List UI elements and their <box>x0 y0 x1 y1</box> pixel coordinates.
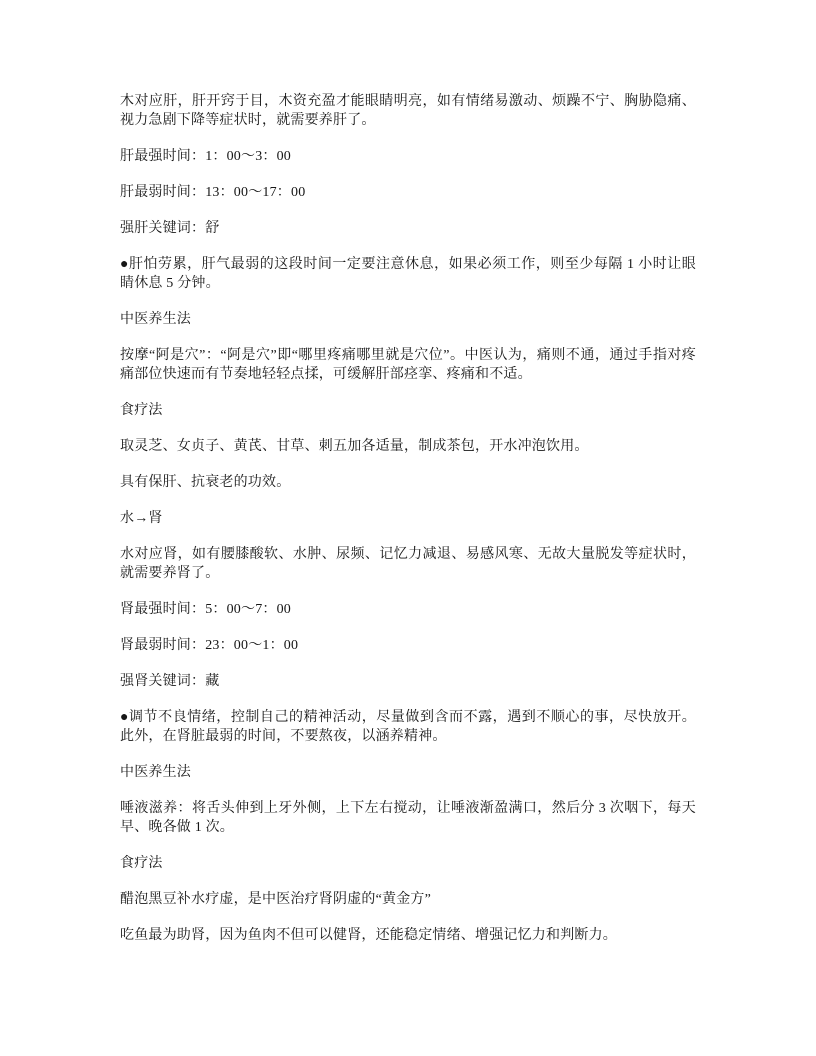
paragraph-18: 唾液滋养：将舌头伸到上牙外侧，上下左右搅动，让唾液渐盈满口，然后分 3 次咽下，… <box>120 799 696 837</box>
paragraph-16: ●调节不良情绪，控制自己的精神活动，尽量做到含而不露，遇到不顺心的事，尽快放开。… <box>120 708 696 746</box>
paragraph-2: 肝最强时间：1：00～3：00 <box>120 147 696 166</box>
paragraph-13: 肾最强时间：5：00～7：00 <box>120 600 696 619</box>
paragraph-14: 肾最弱时间：23：00～1：00 <box>120 636 696 655</box>
paragraph-9: 取灵芝、女贞子、黄芪、甘草、刺五加各适量，制成茶包，开水冲泡饮用。 <box>120 437 696 456</box>
paragraph-17: 中医养生法 <box>120 763 696 782</box>
paragraph-4: 强肝关键词：舒 <box>120 219 696 238</box>
paragraph-21: 吃鱼最为助肾，因为鱼肉不但可以健肾，还能稳定情绪、增强记忆力和判断力。 <box>120 926 696 945</box>
paragraph-3: 肝最弱时间：13：00～17：00 <box>120 183 696 202</box>
paragraph-6: 中医养生法 <box>120 310 696 329</box>
document-page: 木对应肝，肝开窍于目，木资充盈才能眼睛明亮，如有情绪易激动、烦躁不宁、胸胁隐痛、… <box>0 0 816 1056</box>
paragraph-20: 醋泡黑豆补水疗虚，是中医治疗肾阴虚的“黄金方” <box>120 890 696 909</box>
paragraph-1: 木对应肝，肝开窍于目，木资充盈才能眼睛明亮，如有情绪易激动、烦躁不宁、胸胁隐痛、… <box>120 92 696 130</box>
paragraph-12: 水对应肾，如有腰膝酸软、水肿、尿频、记忆力减退、易感风寒、无故大量脱发等症状时，… <box>120 545 696 583</box>
document-body: 木对应肝，肝开窍于目，木资充盈才能眼睛明亮，如有情绪易激动、烦躁不宁、胸胁隐痛、… <box>120 92 696 945</box>
paragraph-7: 按摩“阿是穴”：“阿是穴”即“哪里疼痛哪里就是穴位”。中医认为，痛则不通，通过手… <box>120 346 696 384</box>
paragraph-10: 具有保肝、抗衰老的功效。 <box>120 473 696 492</box>
paragraph-19: 食疗法 <box>120 854 696 873</box>
paragraph-8: 食疗法 <box>120 401 696 420</box>
paragraph-15: 强肾关键词：藏 <box>120 672 696 691</box>
paragraph-11: 水→肾 <box>120 509 696 528</box>
paragraph-5: ●肝怕劳累，肝气最弱的这段时间一定要注意休息，如果必须工作，则至少每隔 1 小时… <box>120 255 696 293</box>
